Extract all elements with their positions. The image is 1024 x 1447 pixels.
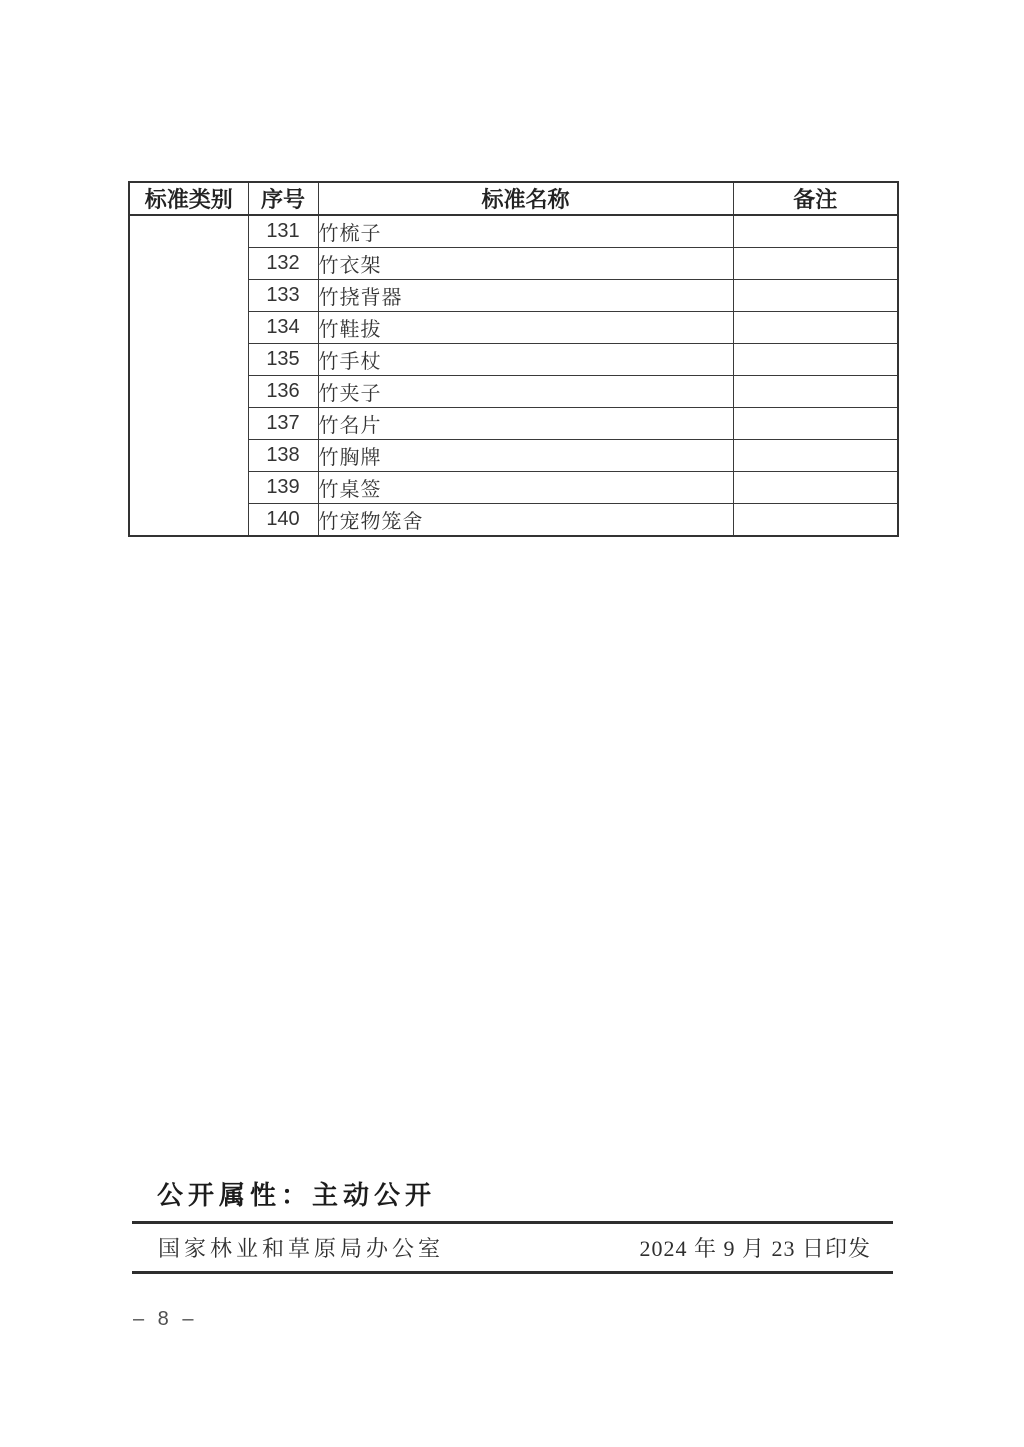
row-no: 138 xyxy=(248,440,318,472)
row-name: 竹桌签 xyxy=(318,472,733,504)
issuer-row: 国家林业和草原局办公室 2024 年 9 月 23 日印发 xyxy=(132,1224,893,1271)
row-remark xyxy=(733,248,898,280)
row-remark xyxy=(733,504,898,537)
row-remark xyxy=(733,312,898,344)
row-remark xyxy=(733,344,898,376)
row-no: 136 xyxy=(248,376,318,408)
public-attribute-label: 公开属性：主动公开 xyxy=(157,1181,436,1209)
row-name: 竹鞋拔 xyxy=(318,312,733,344)
row-name: 竹梳子 xyxy=(318,215,733,248)
row-name: 竹手杖 xyxy=(318,344,733,376)
footer-rule-bottom xyxy=(132,1271,893,1274)
document-page: 标准类别 序号 标准名称 备注 131 竹梳子 132 竹衣架 133 竹挠背器 xyxy=(0,0,1024,1447)
row-no: 133 xyxy=(248,280,318,312)
row-name: 竹胸牌 xyxy=(318,440,733,472)
header-remark: 备注 xyxy=(733,182,898,215)
row-name: 竹挠背器 xyxy=(318,280,733,312)
row-no: 134 xyxy=(248,312,318,344)
category-cell xyxy=(129,215,248,536)
header-category: 标准类别 xyxy=(129,182,248,215)
row-name: 竹夹子 xyxy=(318,376,733,408)
issue-date: 2024 年 9 月 23 日印发 xyxy=(639,1232,893,1263)
row-name: 竹宠物笼舍 xyxy=(318,504,733,537)
row-name: 竹衣架 xyxy=(318,248,733,280)
standards-table: 标准类别 序号 标准名称 备注 131 竹梳子 132 竹衣架 133 竹挠背器 xyxy=(128,181,899,537)
row-no: 139 xyxy=(248,472,318,504)
row-remark xyxy=(733,215,898,248)
header-no: 序号 xyxy=(248,182,318,215)
table-header-row: 标准类别 序号 标准名称 备注 xyxy=(129,182,898,215)
row-remark xyxy=(733,440,898,472)
row-no: 140 xyxy=(248,504,318,537)
row-no: 135 xyxy=(248,344,318,376)
issuer-office: 国家林业和草原局办公室 xyxy=(132,1232,444,1263)
row-no: 131 xyxy=(248,215,318,248)
row-remark xyxy=(733,472,898,504)
table-row: 131 竹梳子 xyxy=(129,215,898,248)
row-name: 竹名片 xyxy=(318,408,733,440)
row-remark xyxy=(733,280,898,312)
row-remark xyxy=(733,408,898,440)
page-number: – 8 – xyxy=(133,1308,197,1331)
row-no: 137 xyxy=(248,408,318,440)
row-no: 132 xyxy=(248,248,318,280)
header-name: 标准名称 xyxy=(318,182,733,215)
row-remark xyxy=(733,376,898,408)
